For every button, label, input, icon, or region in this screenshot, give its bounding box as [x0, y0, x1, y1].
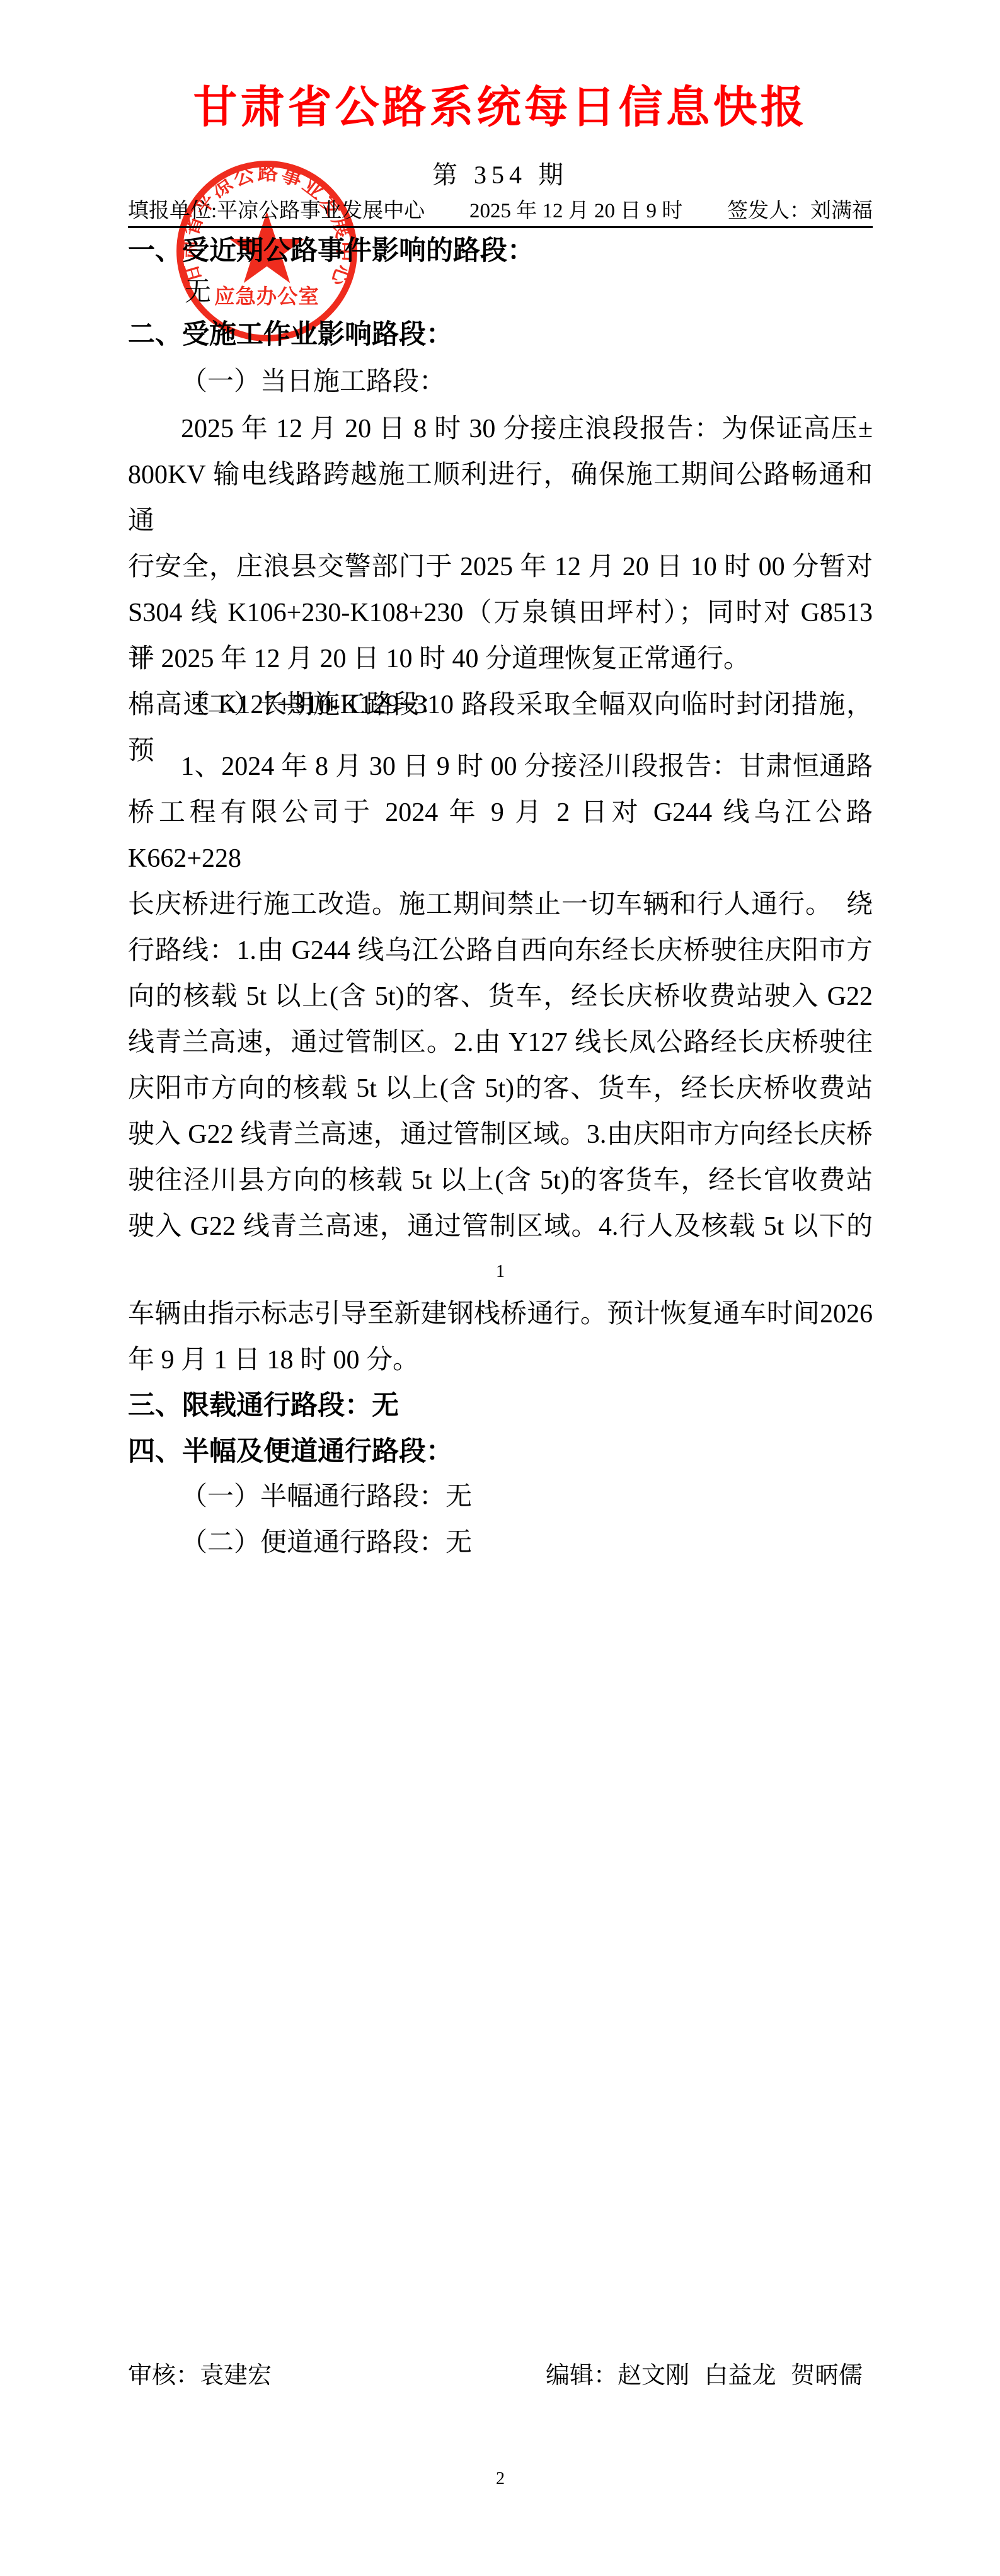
header-signer: 签发人：刘满福: [727, 198, 873, 224]
text-line: 驶往泾川县方向的核载 5t 以上(含 5t)的客货车，经长官收费站: [128, 1158, 873, 1204]
text-line: 驶入 G22 线青兰高速，通过管制区域。3.由庆阳市方向经长庆桥: [128, 1112, 873, 1158]
text-line: 行安全，庄浪县交警部门于 2025 年 12 月 20 日 10 时 00 分暂…: [128, 544, 873, 590]
subsection-side-road-value: （二）便道通行路段：无: [128, 1520, 873, 1566]
section-4-heading: 四、半幅及便道通行路段：: [128, 1429, 873, 1475]
text-line: 1、2024 年 8 月 30 日 9 时 00 分接泾川段报告：甘肃恒通路: [128, 744, 873, 790]
text-line: 车辆由指示标志引导至新建钢栈桥通行。预计恢复通车时间2026: [128, 1291, 873, 1337]
page-number-2: 2: [128, 2468, 873, 2490]
document-content: 甘肃省公路系统每日信息快报 第 354 期 填报单位:平凉公路事业发展中心 20…: [128, 0, 873, 2576]
text-line: 桥工程有限公司于 2024 年 9 月 2 日对 G244 线乌江公路 K662…: [128, 790, 873, 882]
issue-number: 第 354 期: [128, 157, 873, 193]
page-number-1: 1: [128, 1261, 873, 1283]
text-line: 庆阳市方向的核载 5t 以上(含 5t)的客、货车，经长庆桥收费站: [128, 1066, 873, 1112]
paragraph-longterm-page1: 1、2024 年 8 月 30 日 9 时 00 分接泾川段报告：甘肃恒通路桥工…: [128, 744, 873, 1250]
text-line: 长庆桥进行施工改造。施工期间禁止一切车辆和行人通行。 绕: [128, 882, 873, 928]
subsection-half-width-value: （一）半幅通行路段：无: [128, 1474, 873, 1520]
subsection-daily-heading: （一）当日施工路段：: [128, 359, 873, 405]
text-line: 行路线：1.由 G244 线乌江公路自西向东经长庆桥驶往庆阳市方: [128, 928, 873, 974]
header-datetime: 2025 年 12 月 20 日 9 时: [469, 198, 682, 224]
header-info-row: 填报单位:平凉公路事业发展中心 2025 年 12 月 20 日 9 时 签发人…: [128, 198, 873, 228]
footer-editors: 编辑：赵文刚 白益龙 贺昞儒: [546, 2353, 873, 2399]
paragraph-longterm-last-line: 年 9 月 1 日 18 时 00 分。: [128, 1337, 873, 1383]
text-line: 800KV 输电线路跨越施工顺利进行，确保施工期间公路畅通和通: [128, 452, 873, 544]
header-unit: 填报单位:平凉公路事业发展中心: [128, 198, 425, 224]
section-3-heading: 三、限载通行路段：无: [128, 1383, 873, 1429]
subsection-longterm-heading: （二）长期施工路段：: [128, 682, 873, 728]
text-line: 线青兰高速，通过管制区。2.由 Y127 线长凤公路经长庆桥驶往: [128, 1020, 873, 1066]
text-line: 驶入 G22 线青兰高速，通过管制区域。4.行人及核载 5t 以下的: [128, 1204, 873, 1250]
section-2-heading: 二、受施工作业影响路段：: [128, 312, 873, 358]
document-page: 甘肃省公路系统每日信息快报 第 354 期 填报单位:平凉公路事业发展中心 20…: [0, 0, 1000, 2576]
doc-title: 甘肃省公路系统每日信息快报: [128, 79, 873, 137]
footer-credits-row: 审核：袁建宏 编辑：赵文刚 白益龙 贺昞儒: [128, 2353, 873, 2399]
text-line: 2025 年 12 月 20 日 8 时 30 分接庄浪段报告：为保证高压±: [128, 406, 873, 452]
paragraph-daily-last-line: 计 2025 年 12 月 20 日 10 时 40 分道理恢复正常通行。: [128, 636, 873, 682]
footer-reviewer: 审核：袁建宏: [128, 2353, 272, 2399]
text-line: 向的核载 5t 以上(含 5t)的客、货车，经长庆桥收费站驶入 G22: [128, 974, 873, 1020]
paragraph-longterm-page2: 车辆由指示标志引导至新建钢栈桥通行。预计恢复通车时间2026: [128, 1291, 873, 1337]
section-1-value: 无: [128, 270, 873, 316]
section-1-heading: 一、受近期公路事件影响的路段：: [128, 228, 873, 274]
